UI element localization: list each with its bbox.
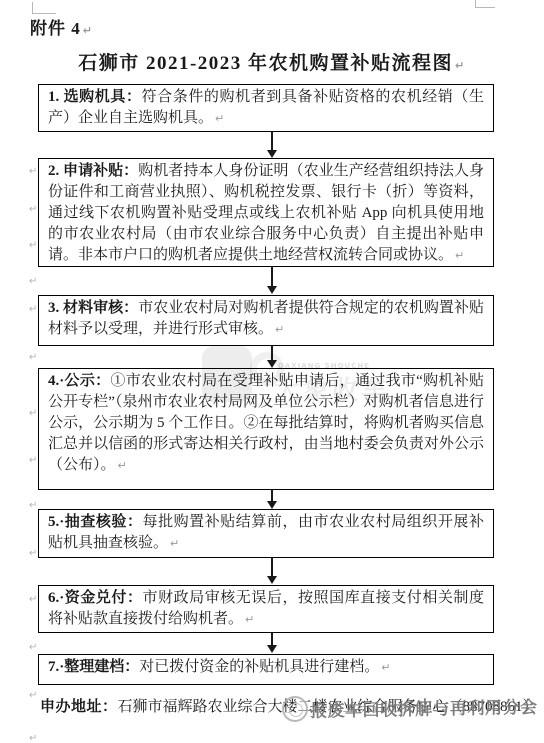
- margin-return-mark: ↵: [29, 408, 37, 419]
- margin-return-mark: ↵: [29, 500, 37, 511]
- attachment-label: 附件 4↵: [30, 14, 93, 39]
- step-label: 3. 材料审核：: [48, 300, 138, 316]
- margin-return-mark: ↵: [29, 276, 37, 287]
- flow-arrow-6: [264, 633, 280, 653]
- margin-return-mark: ↵: [29, 455, 37, 466]
- page-title: 石狮市 2021-2023 年农机购置补贴流程图↵: [0, 48, 544, 75]
- flow-step-3-box: 3. 材料审核：市农业农村局对购机者提供符合规定的农机购置补贴材料予以受理，并进…: [38, 295, 494, 346]
- step-text: ①市农业农村局在受理补贴申请后，通过我市“购机补贴公开专栏”（泉州市农业农村局网…: [48, 373, 484, 473]
- flow-arrow-3: [264, 346, 280, 368]
- flow-step-2-box: 2. 申请补贴：购机者持本人身份证明（农业生产经营组织持法人身份证件和工商营业执…: [38, 158, 494, 267]
- flow-arrow-2: [264, 267, 280, 294]
- flow-step-6-box: 6.·资金兑付：市财政局审核无误后，按照国库直接支付相关制度将补贴款直接拨付给购…: [38, 585, 494, 633]
- margin-return-mark: ↵: [29, 733, 37, 743]
- paragraph-return-mark: ↵: [245, 613, 254, 626]
- paragraph-return-mark: ↵: [381, 661, 390, 674]
- step-label: 4.·公示：: [48, 373, 110, 389]
- application-address-line: 申办地址：石狮市福辉路农业综合大楼二楼农业综合服务中心（88708861）: [40, 697, 540, 718]
- address-label: 申办地址：: [40, 699, 118, 715]
- margin-return-mark: ↵: [29, 240, 37, 251]
- paragraph-return-mark: ↵: [170, 537, 179, 550]
- paragraph-return-mark: ↵: [215, 112, 224, 125]
- document-page: 附件 4↵ 石狮市 2021-2023 年农机购置补贴流程图↵ DAXIANG …: [0, 0, 544, 743]
- step-label: 7.·整理建档：: [48, 659, 139, 675]
- address-text: 石狮市福辉路农业综合大楼二楼农业综合服务中心（88708861）: [118, 699, 538, 715]
- step-label: 6.·资金兑付：: [48, 590, 143, 606]
- paragraph-return-mark: ↵: [118, 459, 127, 472]
- margin-return-mark: ↵: [29, 642, 37, 653]
- margin-return-mark: ↵: [29, 594, 37, 605]
- step-text: 对已拨付资金的补贴机具进行建档。: [139, 659, 379, 675]
- margin-return-mark: ↵: [29, 690, 37, 701]
- flow-step-5-box: 5.·抽查核验：每批购置补贴结算前，由市农业农村局组织开展补贴机具抽查核验。↵: [38, 509, 494, 558]
- flow-step-1-box: 1. 选购机具：符合条件的购机者到具备补贴资格的农机经销（生产）企业自主选购机具…: [38, 84, 494, 132]
- paragraph-return-mark: ↵: [455, 59, 466, 72]
- paragraph-return-mark: ↵: [275, 323, 284, 336]
- margin-return-mark: ↵: [29, 204, 37, 215]
- flow-step-7-box: 7.·整理建档：对已拨付资金的补贴机具进行建档。↵: [38, 654, 494, 685]
- text-boundary-mark-top-left: [32, 2, 56, 14]
- margin-return-mark: ↵: [29, 304, 37, 315]
- paragraph-return-mark: ↵: [83, 24, 93, 37]
- margin-return-mark: ↵: [29, 548, 37, 559]
- step-label: 1. 选购机具：: [48, 89, 142, 105]
- margin-return-mark: ↵: [29, 166, 37, 177]
- text-boundary-mark-top-right: [475, 0, 495, 8]
- step-label: 5.·抽查核验：: [48, 514, 143, 530]
- flow-arrow-5: [264, 558, 280, 584]
- flow-step-4-box: 4.·公示：①市农业农村局在受理补贴申请后，通过我市“购机补贴公开专栏”（泉州市…: [38, 368, 494, 490]
- flow-arrow-1: [264, 132, 280, 158]
- flow-arrow-4: [264, 490, 280, 509]
- margin-return-mark: ↵: [29, 352, 37, 363]
- paragraph-return-mark: ↵: [455, 249, 464, 262]
- step-label: 2. 申请补贴：: [48, 163, 138, 179]
